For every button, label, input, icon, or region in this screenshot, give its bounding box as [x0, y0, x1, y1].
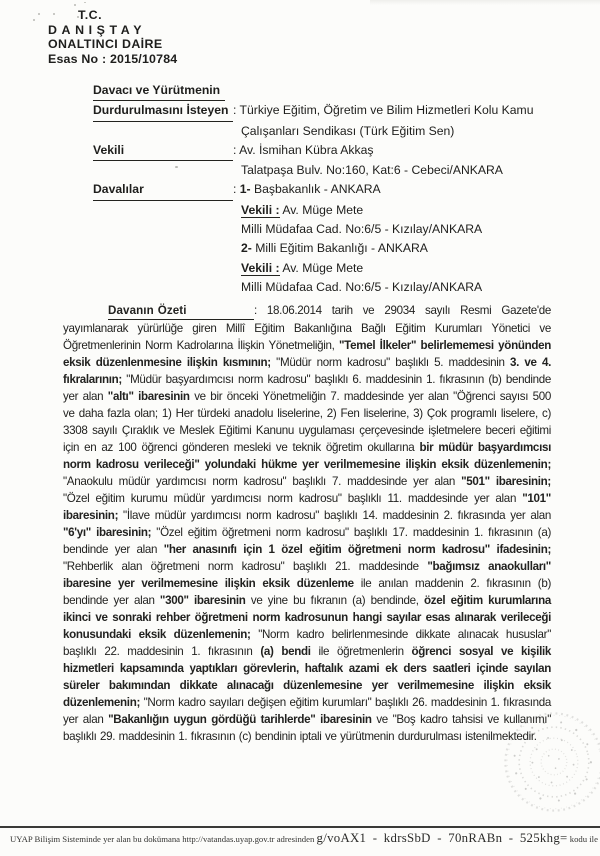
claimant-label-row-1: Davacı ve Yürütmenin — [93, 81, 563, 101]
scan-speck — [74, 4, 76, 6]
uyap-footer: UYAP Bilişim Sisteminde yer alan bu dokü… — [10, 831, 598, 846]
claimant-label-line2: Durdurulmasını İsteyen — [93, 101, 233, 121]
defendant-2-attorney: Vekili : Av. Müge Mete — [233, 259, 363, 278]
court-header: T.C. DANIŞTAY ONALTINCI DAİRE Esas No : … — [48, 8, 177, 66]
defendant-2-name: 2- Milli Eğitim Bakanlığı - ANKARA — [233, 239, 428, 258]
uyap-footer-prefix: UYAP Bilişim Sisteminde yer alan bu dokü… — [10, 834, 314, 844]
uyap-access-codes: g/voAX1 - kdrsSbD - 70nRABn - 525khg= — [317, 831, 568, 845]
scan-speck — [84, 2, 86, 3]
defendant-1-attorney-row: Vekili : Av. Müge Mete — [93, 201, 563, 220]
claimant-attorney-name: : Av. İsmihan Kübra Akkaş — [233, 141, 373, 160]
uyap-footer-suffix: kodu ile erişebilirsiniz. — [570, 834, 600, 844]
case-number-label: Esas No : — [48, 52, 106, 66]
scan-smear-artifact — [370, 0, 600, 5]
defendant-2-row: 2- Milli Eğitim Bakanlığı - ANKARA — [93, 239, 563, 258]
case-number-line: Esas No : 2015/10784 — [48, 52, 177, 67]
defendant-2-address: Milli Müdafaa Cad. No:6/5 - Kızılay/ANKA… — [233, 278, 482, 297]
defendant-1-address: Milli Müdafaa Cad. No:6/5 - Kızılay/ANKA… — [233, 220, 482, 239]
claimant-attorney-address-row: Talatpaşa Bulv. No:160, Kat:6 - Cebeci/A… — [93, 161, 563, 180]
claimant-attorney-address: Talatpaşa Bulv. No:160, Kat:6 - Cebeci/A… — [233, 161, 503, 180]
defendant-2-number: 2- — [241, 241, 252, 255]
claimant-row-continuation: Çalışanları Sendikası (Türk Eğitim Sen) — [93, 122, 563, 141]
defendants-label: Davalılar — [93, 180, 233, 200]
parties-block: Davacı ve Yürütmenin Durdurulmasını İste… — [93, 81, 563, 297]
defendant-1-attorney-label: Vekili : — [241, 203, 280, 218]
defendant-2-attorney-label: Vekili : — [241, 261, 280, 276]
case-summary-heading: Davanın Özeti — [108, 302, 254, 320]
defendant-2-address-row: Milli Müdafaa Cad. No:6/5 - Kızılay/ANKA… — [93, 278, 563, 297]
scan-speck — [38, 13, 40, 15]
footer-divider — [0, 826, 600, 828]
defendant-1-number: 1- — [240, 182, 251, 196]
chamber-name: ONALTINCI DAİRE — [48, 37, 177, 52]
case-summary-text: : 18.06.2014 tarih ve 29034 sayılı Resmi… — [63, 304, 551, 743]
claimant-attorney-row: Vekili : Av. İsmihan Kübra Akkaş — [93, 141, 563, 161]
claimant-name-line1: : Türkiye Eğitim, Öğretim ve Bilim Hizme… — [233, 101, 533, 120]
court-name: DANIŞTAY — [48, 23, 177, 38]
case-number-value: 2015/10784 — [110, 52, 177, 66]
case-summary-paragraph: Davanın Özeti: 18.06.2014 tarih ve 29034… — [63, 302, 551, 745]
defendant-2-attorney-row: Vekili : Av. Müge Mete — [93, 259, 563, 278]
claimant-row: Durdurulmasını İsteyen : Türkiye Eğitim,… — [93, 101, 563, 121]
scan-speck — [33, 19, 35, 21]
defendant-1-attorney: Vekili : Av. Müge Mete — [233, 201, 363, 220]
claimant-name-line2: Çalışanları Sendikası (Türk Eğitim Sen) — [233, 122, 454, 141]
scanned-court-document-page: T.C. DANIŞTAY ONALTINCI DAİRE Esas No : … — [0, 0, 600, 856]
claimant-attorney-label: Vekili — [93, 141, 233, 161]
claimant-label-line1: Davacı ve Yürütmenin — [93, 81, 225, 101]
defendant-1-address-row: Milli Müdafaa Cad. No:6/5 - Kızılay/ANKA… — [93, 220, 563, 239]
defendants-row: Davalılar : 1- Başbakanlık - ANKARA — [93, 180, 563, 200]
defendant-1-name: : 1- Başbakanlık - ANKARA — [233, 180, 381, 199]
country-abbreviation: T.C. — [78, 8, 177, 23]
